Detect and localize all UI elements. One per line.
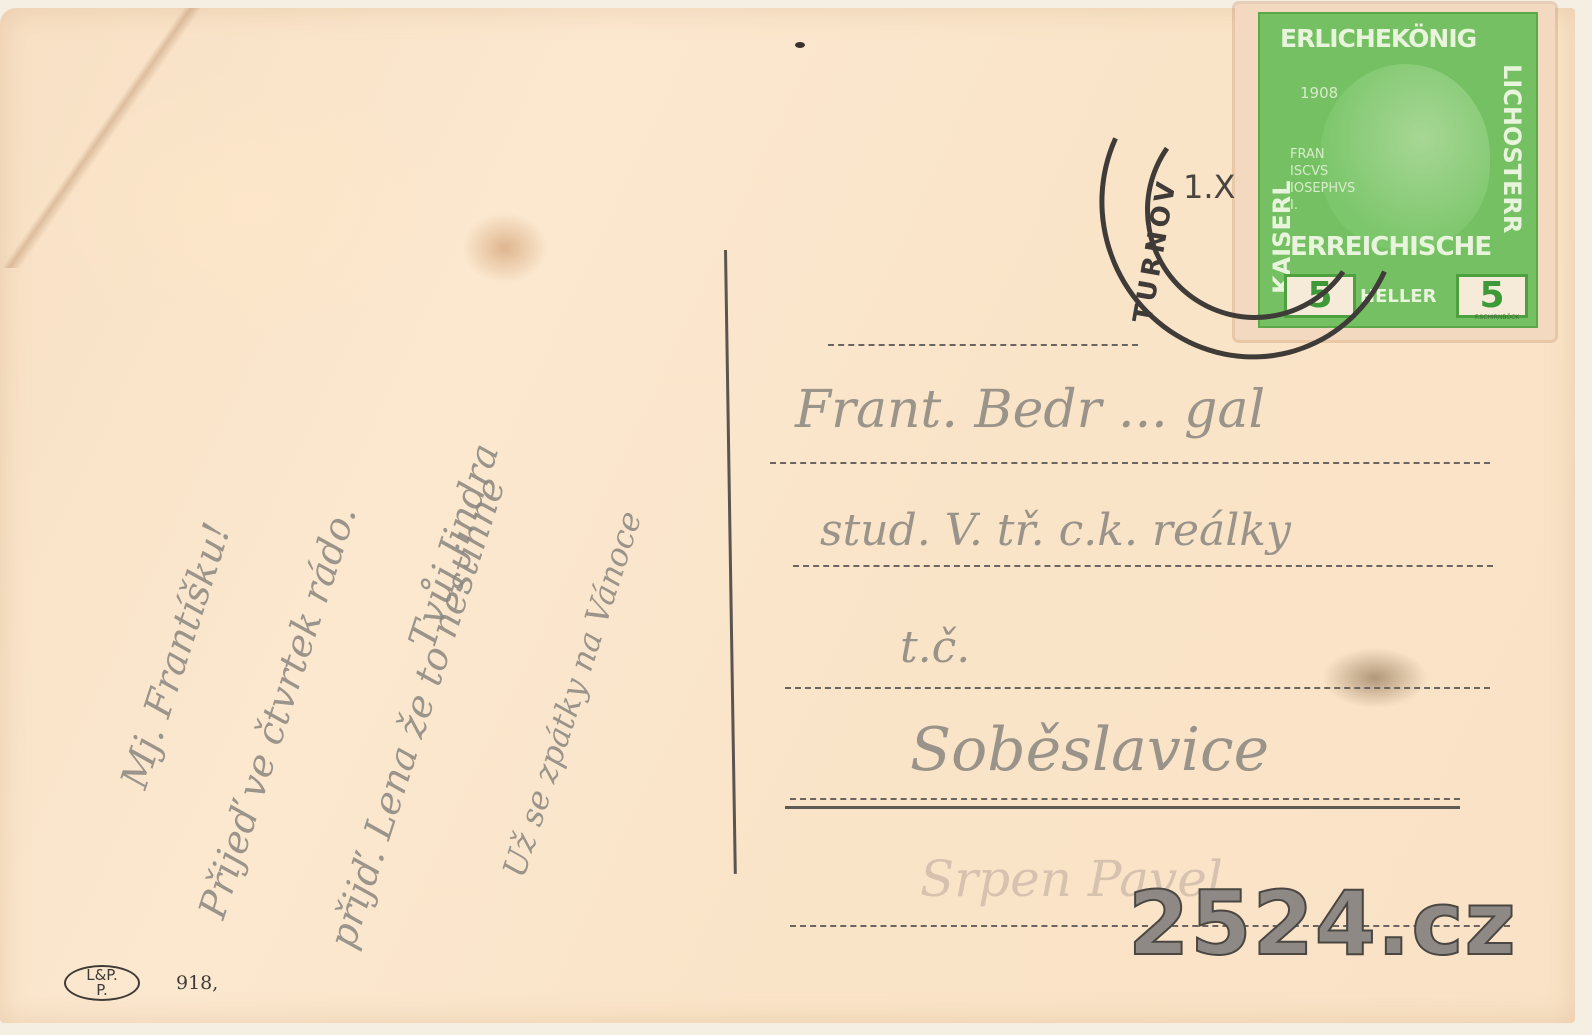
address-current: t.č. (900, 622, 970, 673)
stamp-value-right: 5 (1456, 274, 1528, 318)
address-line (770, 462, 1490, 464)
publisher-logo: L&P. P. (64, 965, 140, 1001)
postmark-date: 1.X (1183, 168, 1235, 206)
address-underline (785, 806, 1460, 809)
address-school: stud. V. tř. c.k. reálky (820, 505, 1291, 556)
address-name: Frant. Bedr ... gal (795, 380, 1265, 440)
series-number: 918, (176, 972, 218, 994)
ink-spot (795, 42, 805, 48)
stamp-printer: F.SCHIRNBÖCK (1475, 314, 1519, 321)
address-line (793, 565, 1493, 567)
stamp-right-text: LICHOSTERR (1498, 64, 1526, 233)
address-line (828, 344, 1138, 346)
publisher-logo-line: P. (66, 983, 138, 998)
address-line (790, 798, 1460, 800)
stamp-top-text: ERLICHEKÖNIG (1280, 24, 1476, 53)
address-town: Soběslavice (910, 715, 1269, 785)
address-line (785, 687, 1490, 689)
site-watermark: 2524.cz (1128, 872, 1517, 975)
